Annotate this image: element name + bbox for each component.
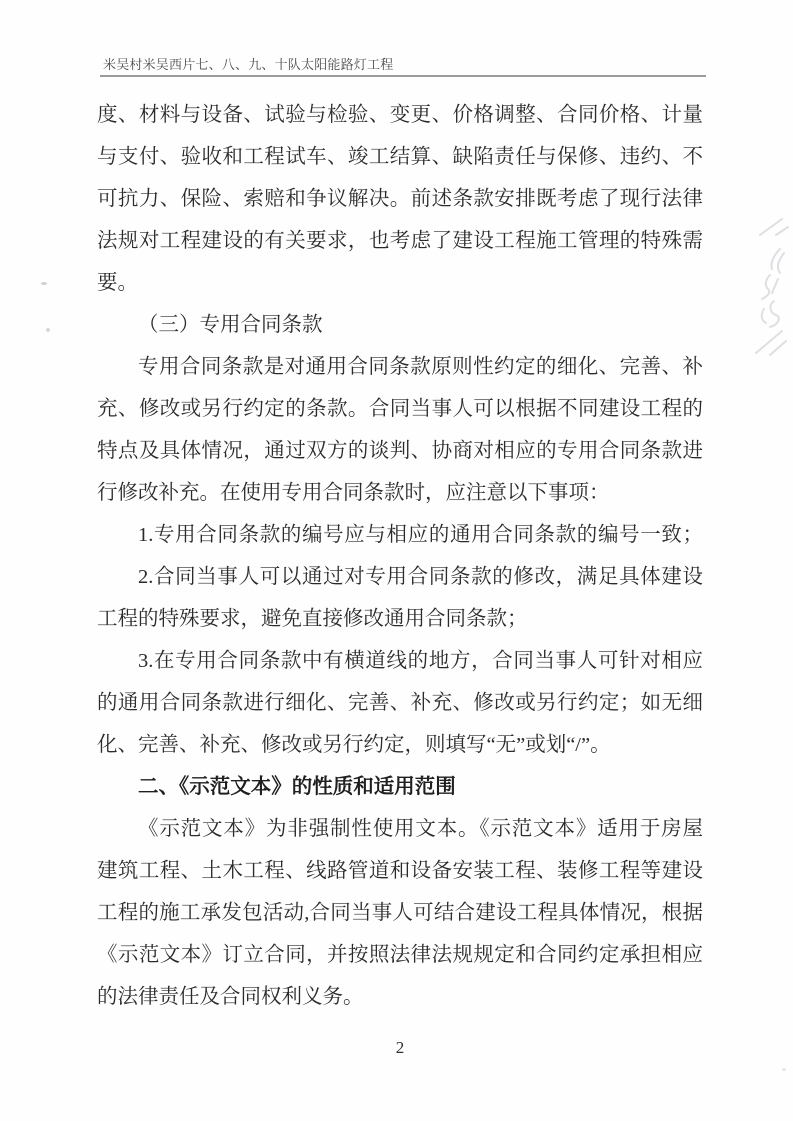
scan-speck bbox=[46, 328, 50, 332]
text-line: 专用合同条款是对通用合同条款原则性约定的细化、完善、补 bbox=[97, 346, 703, 388]
text-line: 特点及具体情况，通过双方的谈判、协商对相应的专用合同条款进 bbox=[97, 430, 703, 472]
text-line: 《示范文本》为非强制性使用文本。《示范文本》适用于房屋 bbox=[97, 808, 703, 850]
text-line: （三）专用合同条款 bbox=[97, 304, 703, 346]
text-line: 工程的特殊要求，避免直接修改通用合同条款； bbox=[97, 598, 703, 640]
text-line: 《示范文本》订立合同，并按照法律法规规定和合同约定承担相应 bbox=[97, 934, 703, 976]
page-number: 2 bbox=[97, 1038, 703, 1058]
text-line: 化、完善、补充、修改或另行约定，则填写“无”或划“/”。 bbox=[97, 724, 703, 766]
text-line: 要。 bbox=[97, 262, 703, 304]
text-line: 与支付、验收和工程试车、竣工结算、缺陷责任与保修、违约、不 bbox=[97, 136, 703, 178]
text-line: 工程的施工承发包活动,合同当事人可结合建设工程具体情况，根据 bbox=[97, 892, 703, 934]
text-line: 度、材料与设备、试验与检验、变更、价格调整、合同价格、计量 bbox=[97, 94, 703, 136]
scan-speck bbox=[41, 282, 47, 285]
text-line: 行修改补充。在使用专用合同条款时，应注意以下事项： bbox=[97, 472, 703, 514]
text-line: 充、修改或另行约定的条款。合同当事人可以根据不同建设工程的 bbox=[97, 388, 703, 430]
text-line: 建筑工程、土木工程、线路管道和设备安装工程、装修工程等建设 bbox=[97, 850, 703, 892]
text-line: 法规对工程建设的有关要求，也考虑了建设工程施工管理的特殊需 bbox=[97, 220, 703, 262]
text-line: 的法律责任及合同权利义务。 bbox=[97, 976, 703, 1018]
text-line: 1.专用合同条款的编号应与相应的通用合同条款的编号一致； bbox=[97, 514, 703, 556]
scan-speck bbox=[782, 1068, 786, 1071]
handwriting-scan-artifact bbox=[736, 213, 793, 373]
text-line: 的通用合同条款进行细化、完善、补充、修改或另行约定；如无细 bbox=[97, 682, 703, 724]
header-rule bbox=[100, 75, 706, 77]
document-page: 米吴村米吴西片七、八、九、十队太阳能路灯工程 度、材料与设备、试验与检验、变更、… bbox=[0, 0, 793, 1121]
header-project-title: 米吴村米吴西片七、八、九、十队太阳能路灯工程 bbox=[103, 54, 393, 76]
text-line: 3.在专用合同条款中有横道线的地方，合同当事人可针对相应 bbox=[97, 640, 703, 682]
text-line: 2.合同当事人可以通过对专用合同条款的修改，满足具体建设 bbox=[97, 556, 703, 598]
section-heading: 二、《示范文本》的性质和适用范围 bbox=[97, 766, 703, 808]
body-lines: 度、材料与设备、试验与检验、变更、价格调整、合同价格、计量与支付、验收和工程试车… bbox=[97, 94, 703, 1018]
text-line: 可抗力、保险、索赔和争议解决。前述条款安排既考虑了现行法律 bbox=[97, 178, 703, 220]
